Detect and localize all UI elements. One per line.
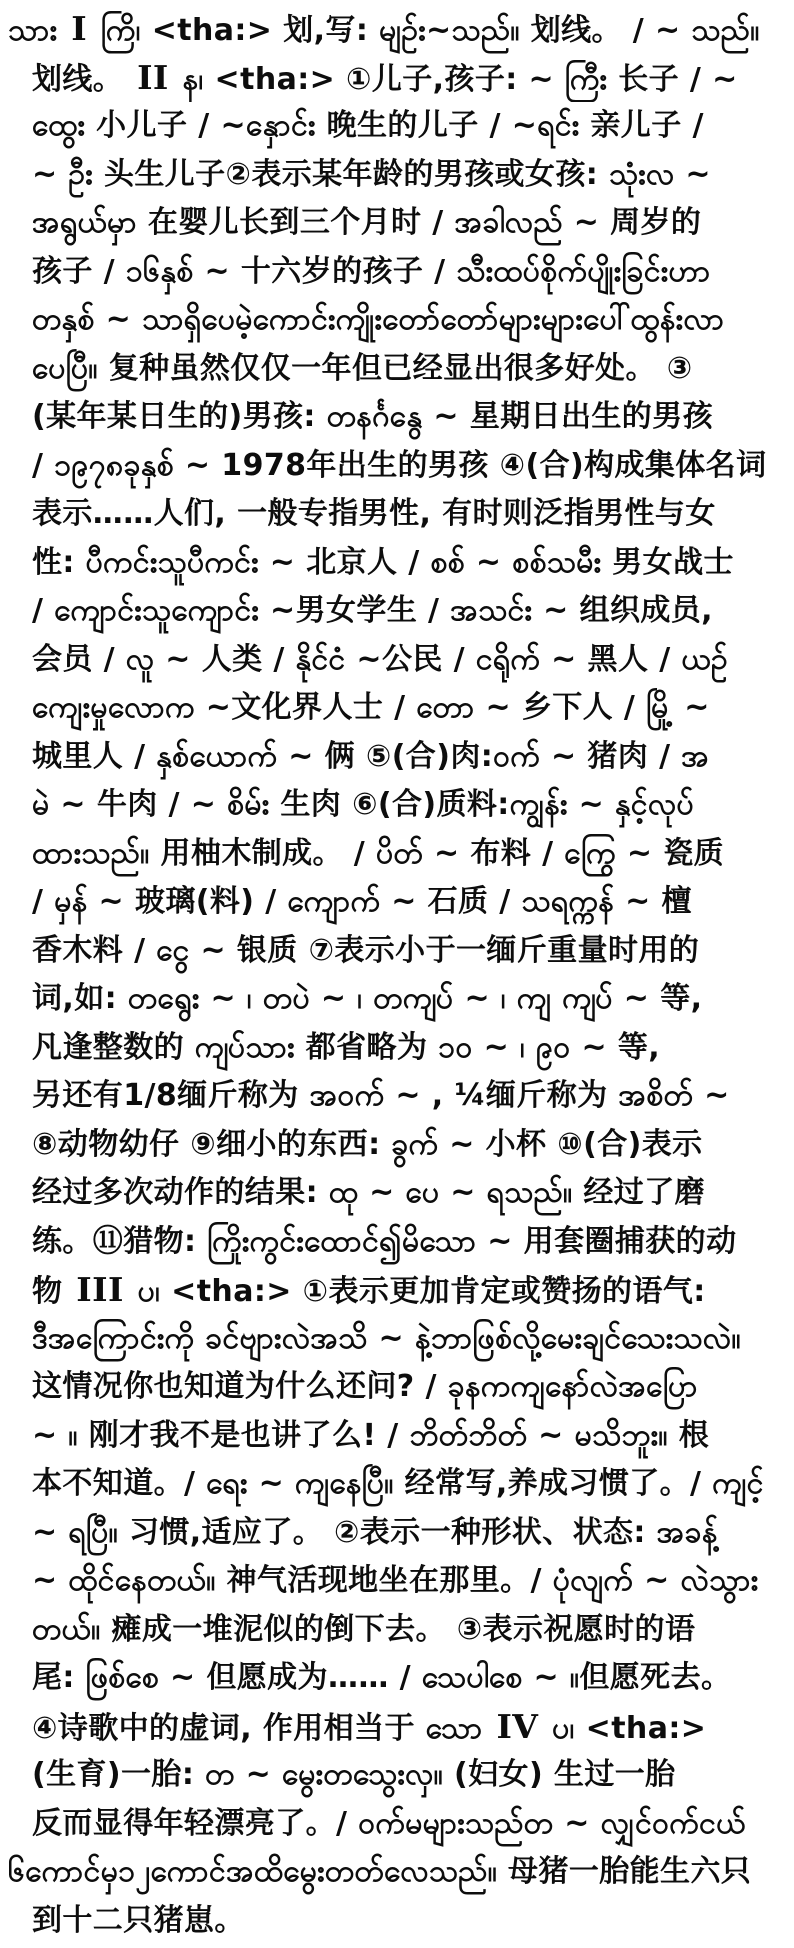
text-line: ၆ကောင်မှ၁၂ကောင်အထိမွေးတတ်လေသည်။ 母猪一胎能生六只 — [8, 1848, 788, 1897]
text-line: (某年某日生的)男孩: တနင်္ဂနွေ ~ 星期日出生的男孩 — [8, 393, 788, 442]
text-line: 反而显得年轻漂亮了。/ ဝက်မများသည်တ ~ လျှင်ဝက်ငယ် — [8, 1800, 788, 1849]
text-line: ထားသည်။ 用柚木制成。 / ပိတ် ~ 布料 / ကြွေ ~ 瓷质 — [8, 830, 788, 879]
text-line: 表示……人们, 一般专指男性, 有时则泛指男性与女 — [8, 490, 788, 539]
text-line: / မှန် ~ 玻璃(料) / ကျောက် ~ 石质 / သရက္ကန် ~… — [8, 878, 788, 927]
text-line: 城里人 / နှစ်ယောက် ~ 俩 ⑤(合)肉:ဝက် ~ 猪肉 / အ — [8, 733, 788, 782]
sense-roman-numeral: IV — [493, 1707, 541, 1746]
text-line: / ကျောင်းသူကျောင်း ~男女学生 / အသင်း ~ 组织成员, — [8, 587, 788, 636]
text-line: 会员 / လူ ~ 人类 / နိုင်ငံ ~公民 / ငရိုက် ~ 黑人… — [8, 636, 788, 685]
text-line: 划线。 II န၊ <tha:> ①儿子,孩子: ~ ကြီး 长子 / ~ — [8, 54, 788, 103]
text-line: မဲ ~ 牛肉 / ~ စိမ်း 生肉 ⑥(合)质料:ကျွန်း ~ နှင… — [8, 781, 788, 830]
text-line: 凡逢整数的 ကျပ်သား 都省略为 ၁၀ ~ ၊ ၉၀ ~ 等, — [8, 1024, 788, 1073]
text-line: ကျေးမှုလောက ~文化界人士 / တော ~ 乡下人 / မြို့ ~ — [8, 684, 788, 733]
text-line: 尾: ဖြစ်စေ ~ 但愿成为…… / သေပါစေ ~ ။但愿死去。 — [8, 1654, 788, 1703]
text-line: ~ ။ 刚才我不是也讲了么! / ဘိတ်ဘိတ် ~ မသိဘူး။ 根 — [8, 1412, 788, 1461]
text-line: 到十二只猪崽。 — [8, 1897, 788, 1946]
text-line: ④诗歌中的虚词, 作用相当于 သော IV ပ၊ <tha:> — [8, 1703, 788, 1752]
text-line: 孩子 / ၁၆နှစ် ~ 十六岁的孩子 / သီးထပ်စိုက်ပျိုးခ… — [8, 248, 788, 297]
text-line: သား I ကြိ၊ <tha:> 划,写: မျဉ်း~သည်။ 划线。 / … — [8, 5, 788, 54]
text-line: 性: ပီကင်းသူပီကင်း ~ 北京人 / စစ် ~ စစ်သမီး … — [8, 539, 788, 588]
text-line: / ၁၉၇၈ခုနှစ် ~ 1978年出生的男孩 ④(合)构成集体名词 — [8, 442, 788, 491]
text-line: အရွယ်မှာ 在婴儿长到三个月时 / အခါလည် ~ 周岁的 — [8, 199, 788, 248]
text-line: ~ ထိုင်နေတယ်။ 神气活现地坐在那里。/ ပုံလျက် ~ လဲသွ… — [8, 1557, 788, 1606]
text-line: 词,如: တရွေး ~ ၊ တပဲ ~ ၊ တကျပ် ~ ၊ ကျ ကျပ်… — [8, 975, 788, 1024]
text-line: ~ ရပြီ။ 习惯,适应了。 ②表示一种形状、状态: အခန့် — [8, 1509, 788, 1558]
text-line: (生育)一胎: တ ~ မွေးတသွေးလှ။ (妇女) 生过一胎 — [8, 1751, 788, 1800]
entry-headword: သား — [8, 13, 57, 48]
sense-roman-numeral: I — [68, 9, 90, 48]
dictionary-entry-text: သား I ကြိ၊ <tha:> 划,写: မျဉ်း~သည်။ 划线。 / … — [8, 5, 788, 1945]
text-line: 经过多次动作的结果: ထု ~ ပေ ~ ရသည်။ 经过了磨 — [8, 1169, 788, 1218]
text-line: ~ ဦး 头生儿子②表示某年龄的男孩或女孩: သုံးလ ~ — [8, 151, 788, 200]
text-line: 这情况你也知道为什么还问? / ခုနကကျနော်လဲအပြော — [8, 1363, 788, 1412]
sense-roman-numeral: III — [73, 1270, 127, 1309]
text-line: တနှစ် ~ သာရှိပေမဲ့ကောင်းကျိုးတော်တော်မျာ… — [8, 296, 788, 345]
text-line: 本不知道。/ ရေး ~ ကျနေပြီ။ 经常写,养成习惯了。/ ကျင့် — [8, 1460, 788, 1509]
text-line: တယ်။ 瘫成一堆泥似的倒下去。 ③表示祝愿时的语 — [8, 1606, 788, 1655]
text-line: ပေပြီ။ 复种虽然仅仅一年但已经显出很多好处。 ③ — [8, 345, 788, 394]
text-line: ထွေး 小儿子 / ~နှောင်း 晚生的儿子 / ~ရင်း 亲儿子 / — [8, 102, 788, 151]
text-line: 练。⑪猎物: ကြိုးကွင်းထောင်၍မိသော ~ 用套圈捕获的动 — [8, 1218, 788, 1267]
text-line: 物 III ပ၊ <tha:> ①表示更加肯定或赞扬的语气: — [8, 1266, 788, 1315]
sense-roman-numeral: II — [134, 58, 172, 97]
text-line: ဒီအကြောင်းကို ခင်ဗျားလဲအသိ ~ နဲ့ဘာဖြစ်လိ… — [8, 1315, 788, 1364]
text-line: ⑧动物幼仔 ⑨细小的东西: ခွက် ~ 小杯 ⑩(合)表示 — [8, 1121, 788, 1170]
dictionary-page: သား I ကြိ၊ <tha:> 划,写: မျဉ်း~သည်။ 划线。 / … — [0, 0, 794, 1948]
text-line: 香木料 / ငွေ ~ 银质 ⑦表示小于一缅斤重量时用的 — [8, 927, 788, 976]
text-line: 另还有1/8缅斤称为 အဝက် ~ , ¼缅斤称为 အစိတ် ~ — [8, 1072, 788, 1121]
